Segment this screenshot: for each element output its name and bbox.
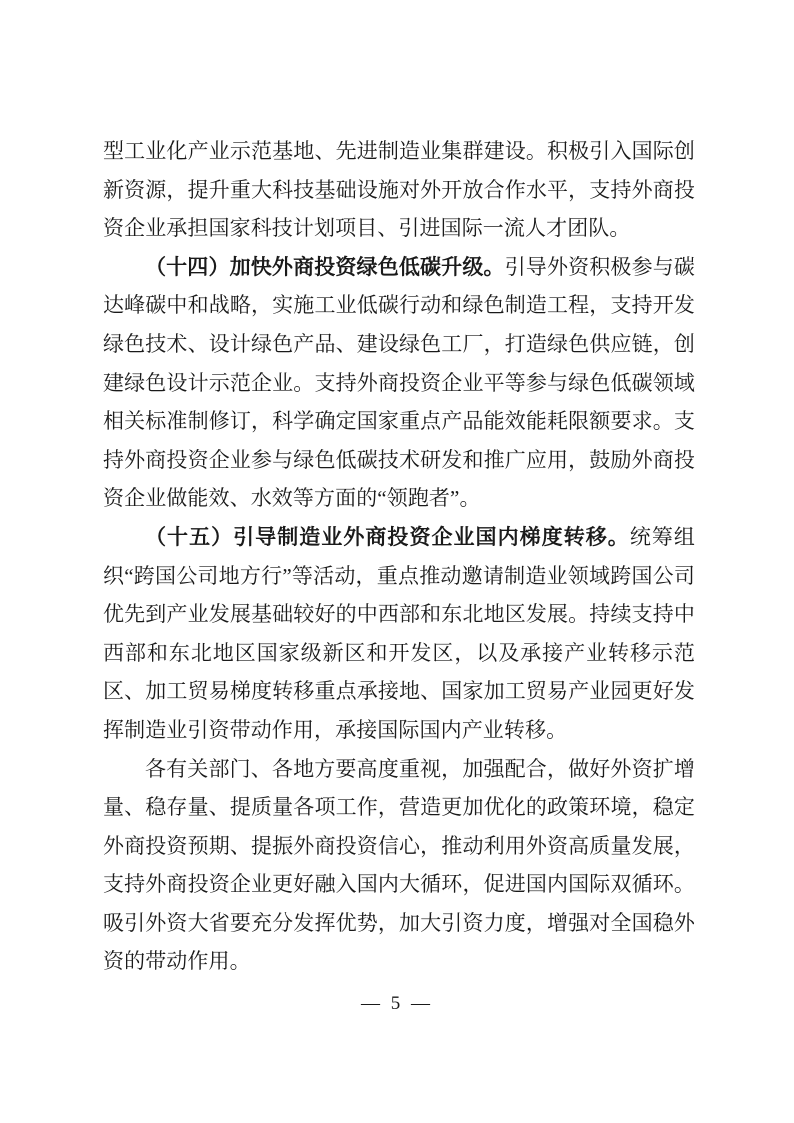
paragraph-heading-run: （十四）加快外商投资绿色低碳升级。 [145,255,505,279]
paragraph-text-run: 引导外资积极参与碳达峰碳中和战略，实施工业低碳行动和绿色制造工程，支持开发绿色技… [103,255,695,511]
para-continuation: 型工业化产业示范基地、先进制造业集群建设。积极引入国际创新资源，提升重大科技基础… [103,132,695,248]
para-item-14: （十四）加快外商投资绿色低碳升级。引导外资积极参与碳达峰碳中和战略，实施工业低碳… [103,248,695,518]
document-page: 型工业化产业示范基地、先进制造业集群建设。积极引入国际创新资源，提升重大科技基础… [0,0,794,1123]
para-closing: 各有关部门、各地方要高度重视，加强配合，做好外资扩增量、稳存量、提质量各项工作，… [103,750,695,982]
page-number: — 5 — [361,993,433,1014]
document-body: 型工业化产业示范基地、先进制造业集群建设。积极引入国际创新资源，提升重大科技基础… [103,132,695,981]
paragraph-text-run: 型工业化产业示范基地、先进制造业集群建设。积极引入国际创新资源，提升重大科技基础… [103,139,695,240]
para-item-15: （十五）引导制造业外商投资企业国内梯度转移。统筹组织“跨国公司地方行”等活动，重… [103,518,695,750]
paragraph-text-run: 统筹组织“跨国公司地方行”等活动，重点推动邀请制造业领域跨国公司优先到产业发展基… [103,525,695,742]
paragraph-heading-run: （十五）引导制造业外商投资企业国内梯度转移。 [145,525,630,549]
paragraph-text-run: 各有关部门、各地方要高度重视，加强配合，做好外资扩增量、稳存量、提质量各项工作，… [103,757,695,974]
page-footer: — 5 — [0,993,794,1015]
